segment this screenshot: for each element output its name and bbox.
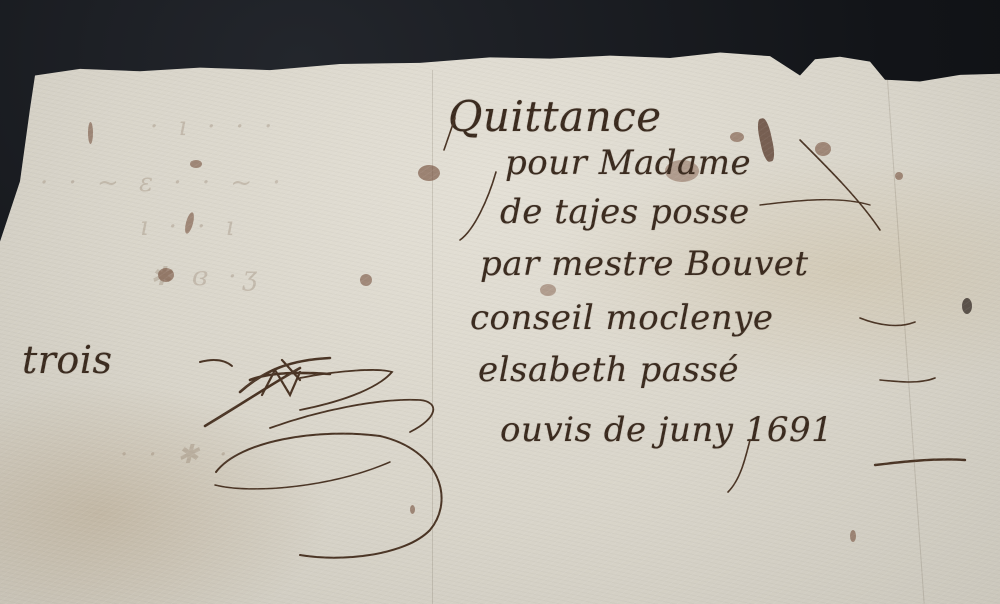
margin-note-trois: trois — [22, 338, 112, 382]
text-line-3: de tajes posse — [500, 192, 750, 232]
ink-spot — [190, 160, 202, 168]
text-line-7: ouvis de juny 1691 — [500, 410, 833, 450]
ink-spot — [850, 530, 856, 542]
ink-spot — [730, 132, 744, 142]
ink-stain — [665, 160, 699, 182]
ink-spot — [962, 298, 972, 314]
signature-flourish — [0, 0, 1000, 604]
ink-spot — [418, 165, 440, 181]
text-line-5: conseil moclenye — [470, 298, 774, 338]
bleed-through-text: · ı · · · — [150, 112, 278, 142]
ink-spot — [540, 284, 556, 296]
ink-spot — [158, 268, 174, 282]
paper-tear-line — [886, 71, 924, 604]
bleed-through-text: · · ✱ · — [120, 440, 233, 470]
ink-spot — [410, 505, 415, 514]
ink-spot — [360, 274, 372, 286]
ink-blot — [756, 117, 777, 163]
text-line-1: Quittance — [448, 92, 662, 141]
ink-spot — [895, 172, 903, 180]
bleed-through-text: ı · · ı — [140, 212, 240, 242]
text-line-4: par mestre Bouvet — [480, 244, 809, 284]
bleed-through-text: ✱ ɞ ·ʒ — [150, 262, 263, 292]
ink-spot — [815, 142, 831, 156]
paper-fold-line — [432, 70, 433, 604]
ink-spot — [88, 122, 93, 144]
ink-spot — [183, 211, 195, 234]
text-line-6: elsabeth passé — [478, 350, 739, 390]
bleed-through-text: · · ~ ɛ · · ~ · — [40, 168, 287, 198]
text-line-2: pour Madame — [505, 143, 751, 183]
manuscript-paper: · ı · · · · · ~ ɛ · · ~ · ı · · ı ✱ ɞ ·ʒ… — [0, 0, 1000, 604]
